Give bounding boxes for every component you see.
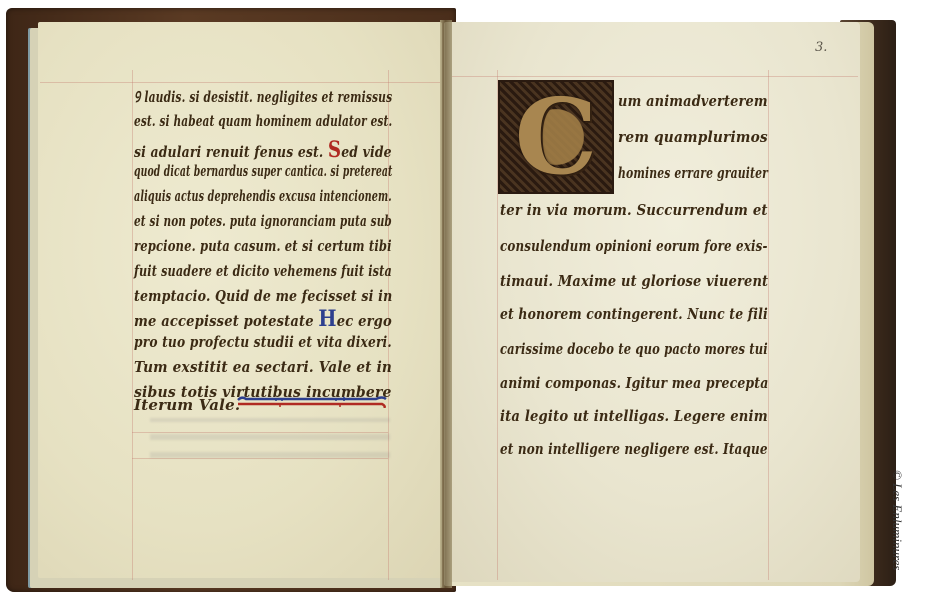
text-line: ita legito ut intelligas. Legere enim	[500, 407, 768, 425]
text-line: consulendum opinioni eorum fore exis-	[500, 237, 768, 255]
ruling-line	[132, 70, 133, 580]
text-line: et honorem contingerent. Nunc te fili	[500, 305, 768, 323]
text-span: ed vide	[341, 143, 392, 161]
text-span: si adulari renuit fenus est.	[134, 143, 328, 161]
blue-initial: H	[318, 306, 336, 332]
text-line: um animadverterem	[618, 92, 768, 110]
text-line: quod dicat bernardus super cantica. si p…	[134, 162, 392, 180]
text-line: me accepisset potestate Hec ergo	[134, 306, 392, 332]
illuminated-letter: C	[515, 85, 598, 189]
line-filler-flourish	[236, 396, 388, 408]
text-line: homines errare grauiter	[618, 164, 768, 182]
text-line: et non intelligere negligere est. Itaque	[500, 440, 768, 458]
ruling-line	[132, 458, 388, 459]
text-line: Tum exstitit ea sectari. Vale et in	[134, 358, 392, 376]
copyright-credit: © Les Enluminures	[889, 470, 905, 590]
ruling-line	[40, 82, 440, 83]
text-span: me accepisset potestate	[134, 312, 318, 330]
text-line: si adulari renuit fenus est. Sed vide	[134, 137, 392, 163]
text-line: est. si habeat quam hominem adulator est…	[134, 112, 392, 130]
gutter	[440, 20, 452, 588]
text-line: repcione. puta casum. et si certum tibi	[134, 237, 392, 255]
text-line: aliquis actus deprehendis excusa intenci…	[134, 187, 392, 205]
text-line: animi componas. Igitur mea precepta	[500, 374, 768, 392]
text-line: fuit suadere et dicito vehemens fuit ist…	[134, 262, 392, 280]
text-line: rem quamplurimos	[618, 128, 768, 146]
ruling-line	[768, 70, 769, 580]
text-line: ter in via morum. Succurrendum et	[500, 201, 768, 219]
text-line: carissime docebo te quo pacto mores tui	[500, 340, 768, 358]
red-initial: S	[328, 137, 341, 163]
text-line: Ꝯ laudis. si desistit. negligites et rem…	[134, 87, 392, 107]
text-span: ec ergo	[337, 312, 392, 330]
illuminated-initial: C	[498, 80, 614, 194]
show-through-text	[150, 418, 390, 458]
manuscript-photo: Ꝯ laudis. si desistit. negligites et rem…	[0, 0, 935, 600]
text-line: pro tuo profectu studii et vita dixeri.	[134, 333, 392, 351]
text-line: temptacio. Quid de me fecisset si in	[134, 287, 392, 305]
text-line: Iterum Vale.	[134, 396, 240, 414]
text-line: et si non potes. puta ignoranciam puta s…	[134, 212, 392, 230]
text-line: timaui. Maxime ut gloriose viuerent	[500, 272, 768, 290]
ruling-line	[452, 76, 858, 77]
folio-number: 3.	[815, 40, 827, 55]
